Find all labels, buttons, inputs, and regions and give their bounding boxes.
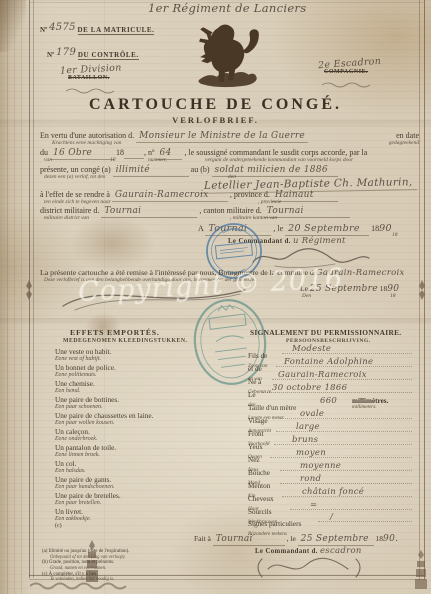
flourish-underline — [66, 88, 116, 94]
auth-line3-nl: dezen een (a) verlof, tot den — [44, 174, 105, 180]
fait-year-handwritten: 90. — [383, 534, 398, 544]
effects-item-nl: Eene vest of habijt. — [55, 356, 111, 362]
field-value-handwritten: 660 — [320, 396, 337, 406]
field-label-fr: Signes particuliers — [248, 520, 301, 528]
page-edge-crease — [14, 0, 15, 594]
effects-title-nl: MEDEGENOMEN KLEEDINGSTUKKEN. — [63, 338, 187, 344]
auth-line1-fr: En vertu d'une autorisation d. — [40, 131, 134, 140]
controle-label: DU CONTRÔLE. — [78, 51, 139, 60]
auth-date-handwritten: 16 Obre — [50, 149, 114, 160]
province-handwritten: Hainaut — [272, 191, 338, 202]
field-line — [262, 392, 412, 393]
effects-item-nl: Een paar wollen kousen. — [55, 420, 153, 426]
effects-item-nl: Een paar bretellen. — [55, 500, 121, 506]
effects-item: Un pantalon de toile.Eene linnen broek. — [55, 443, 116, 458]
fait-place-handwritten: Tournai — [213, 535, 285, 546]
field-line — [280, 483, 412, 484]
footnote-c-nl: Te voleinden, indien het noodig is. — [50, 577, 129, 583]
effects-item-nl: Een paar handschoenen. — [55, 484, 115, 490]
auth-line1-right: en date — [396, 131, 419, 140]
field-line — [290, 509, 412, 510]
district-label: district militaire d. — [40, 206, 99, 215]
field-line — [282, 496, 412, 497]
fait-le-label: , le — [287, 534, 296, 543]
auth-line2-nl-18: 18 — [110, 157, 116, 163]
footnote-a-fr: (a) Illimité ou jusqu'au (date de l'expi… — [42, 549, 129, 555]
auth-line6-nl: militaire district van — [44, 215, 89, 221]
auth-au-label: au (b) — [191, 165, 210, 174]
auth-line1-nl-right: gedagteekend — [389, 140, 419, 146]
effects-item-nl: Eene onderbroek. — [55, 436, 97, 442]
effects-item: Une paire de gants.Een paar handschoenen… — [55, 475, 115, 490]
effects-item: Une veste ou habit.Eene vest of habijt. — [55, 347, 111, 362]
controle-no-label: Nº — [47, 51, 54, 59]
document-title-fr: CARTOUCHE DE CONGÉ. — [0, 96, 431, 114]
effects-item: Un bonnet de police.Eene politiemuts. — [55, 363, 116, 378]
field-line — [276, 366, 412, 367]
field-line — [318, 521, 412, 522]
effects-item: Un caleçon.Eene onderbroek. — [55, 427, 97, 442]
effects-item: Un col.Een halsdas. — [55, 459, 86, 474]
field-line — [280, 418, 412, 419]
effects-column: EFFETS EMPORTÉS. MEDEGENOMEN KLEEDINGSTU… — [55, 325, 235, 535]
issue-date-handwritten: 20 Septembre — [285, 224, 369, 236]
effects-item-nl: Eene linnen broek. — [55, 452, 116, 458]
fait-date-handwritten: 25 Septembre — [298, 535, 374, 546]
page-edge-crease — [21, 0, 22, 594]
escadron-commandant-label: Le Commandant d. — [255, 548, 318, 555]
auth-year-prefix: 18 — [116, 148, 124, 157]
matricule-number-handwritten: 4575 — [49, 22, 76, 33]
field-line — [272, 379, 412, 380]
district-handwritten: Tournai — [101, 207, 197, 218]
destination-handwritten: Gaurain-Ramecroix — [112, 191, 228, 202]
effects-item: Une chemise.Een hemd. — [55, 379, 95, 394]
document-title-nl: VERLOFBRIEF. — [0, 115, 431, 125]
effects-item-fr: Une chemise. — [55, 379, 95, 388]
effects-item-fr: Une paire de gants. — [55, 475, 115, 484]
auth-line2-nl: vergunt de ondergeteekende kommandant va… — [205, 157, 353, 163]
effects-item-nl: Een hemd. — [55, 388, 95, 394]
effects-item: Une paire de bretelles.Een paar bretelle… — [55, 491, 121, 506]
footnotes: (a) Illimité ou jusqu'au (date de l'expi… — [42, 549, 129, 583]
battalion-struck-label: BATAILLON. — [68, 75, 122, 81]
escadron-commandant-signature — [252, 555, 372, 581]
auth-line5-nl: ten einde zich te begeven naar — [44, 199, 111, 205]
effects-item-nl: Een halsdas. — [55, 468, 86, 474]
auth-line3-fr: présente, un congé (a) — [40, 165, 111, 174]
auth-line5-fr: à l'effet de se rendre à — [40, 190, 110, 199]
field-line — [280, 470, 412, 471]
auth-conge-type-handwritten: illimité — [113, 166, 189, 177]
effects-item-nl: Een zakboekje. — [55, 516, 91, 522]
auth-line2-nl-van: van — [44, 157, 52, 163]
auth-line1-nl: Krachtens eene machtiging van — [52, 140, 122, 146]
border-ornament-left — [23, 280, 35, 300]
regiment-title-script: 1er Régiment de Lanciers — [148, 1, 306, 15]
issue-year-prefix: 18 — [371, 224, 379, 233]
effects-item-fr: Un caleçon. — [55, 427, 97, 436]
flourish-underline — [322, 82, 372, 88]
auth-province-label: , province d. — [230, 190, 270, 199]
effects-item: Une paire de bottines.Een paar schoenen. — [55, 395, 119, 410]
field-line — [282, 353, 412, 354]
remise-year-nl-prefix: 18 — [390, 293, 396, 299]
effects-title-fr: EFFETS EMPORTÉS. — [70, 328, 160, 337]
controle-row: Nº 179 DU CONTRÔLE. — [47, 49, 139, 60]
field-line — [270, 457, 412, 458]
canton-label: , canton militaire d. — [199, 206, 261, 215]
le-label: , le — [273, 224, 283, 233]
corner-ornament-bottom-right — [414, 550, 428, 590]
effects-item-fr: Un bonnet de police. — [55, 363, 116, 372]
controle-number-handwritten: 179 — [56, 47, 76, 58]
auth-no-label: , nº — [144, 148, 154, 157]
effects-item-fr: Un col. — [55, 459, 86, 468]
signalement-title-fr: SIGNALEMENT DU PERMISSIONNAIRE. — [250, 328, 401, 337]
effects-item-nl: Een paar schoenen. — [55, 404, 119, 410]
effects-note-c: (c) — [55, 523, 62, 529]
cartouche-de-conge-document: 1er Régiment de Lanciers Nº 4575 DE LA M… — [0, 0, 431, 594]
matricule-row: Nº 4575 DE LA MATRICULE. — [40, 24, 154, 35]
effects-item-fr: Une veste ou habit. — [55, 347, 111, 356]
issue-year-handwritten: 90 — [379, 223, 392, 234]
fait-year-prefix: 18 — [376, 534, 384, 543]
effects-item: Une paire de chaussettes en laine.Een pa… — [55, 411, 153, 426]
fait-line: Fait à Tournai , le 25 Septembre 1890. — [194, 534, 398, 546]
belgian-lion-emblem — [196, 20, 260, 88]
torn-corner — [0, 0, 26, 52]
field-line — [276, 431, 412, 432]
matricule-no-label: Nº — [40, 26, 47, 34]
effects-item-fr: Une paire de chaussettes en laine. — [55, 411, 153, 420]
effects-item-fr: Un livret. — [55, 507, 91, 516]
auth-line5-nl2: , provincie — [258, 199, 281, 205]
effects-item-fr: Une paire de bottines. — [55, 395, 119, 404]
auth-authority-handwritten: Monsieur le Ministre de la Guerre — [136, 132, 308, 143]
border-ornament-right — [416, 280, 428, 300]
effects-item-fr: Un pantalon de toile. — [55, 443, 116, 452]
fait-label: Fait à — [194, 534, 211, 543]
auth-line2-nl-nummer: nummer, — [148, 157, 167, 163]
effects-item: Un livret.Een zakboekje. — [55, 507, 91, 522]
battalion-block: 1er Division BATAILLON. — [60, 64, 122, 99]
effects-item-nl: Eene politiemuts. — [55, 372, 116, 378]
page-edge-crease — [7, 0, 8, 594]
matricule-label: DE LA MATRICULE. — [78, 26, 155, 35]
field-line — [274, 444, 412, 445]
signalement-column: SIGNALEMENT DU PERMISSIONNAIRE. PERSOONS… — [248, 325, 426, 535]
effects-item-fr: Une paire de bretelles. — [55, 491, 121, 500]
company-block: 2e Escadron COMPAGNIE. — [318, 58, 381, 93]
auth-du-label: du — [40, 148, 48, 157]
auth-line2-fr: , le soussigné commandant le susdit corp… — [184, 148, 367, 157]
issue-year-nl-prefix: 18 — [392, 232, 398, 238]
